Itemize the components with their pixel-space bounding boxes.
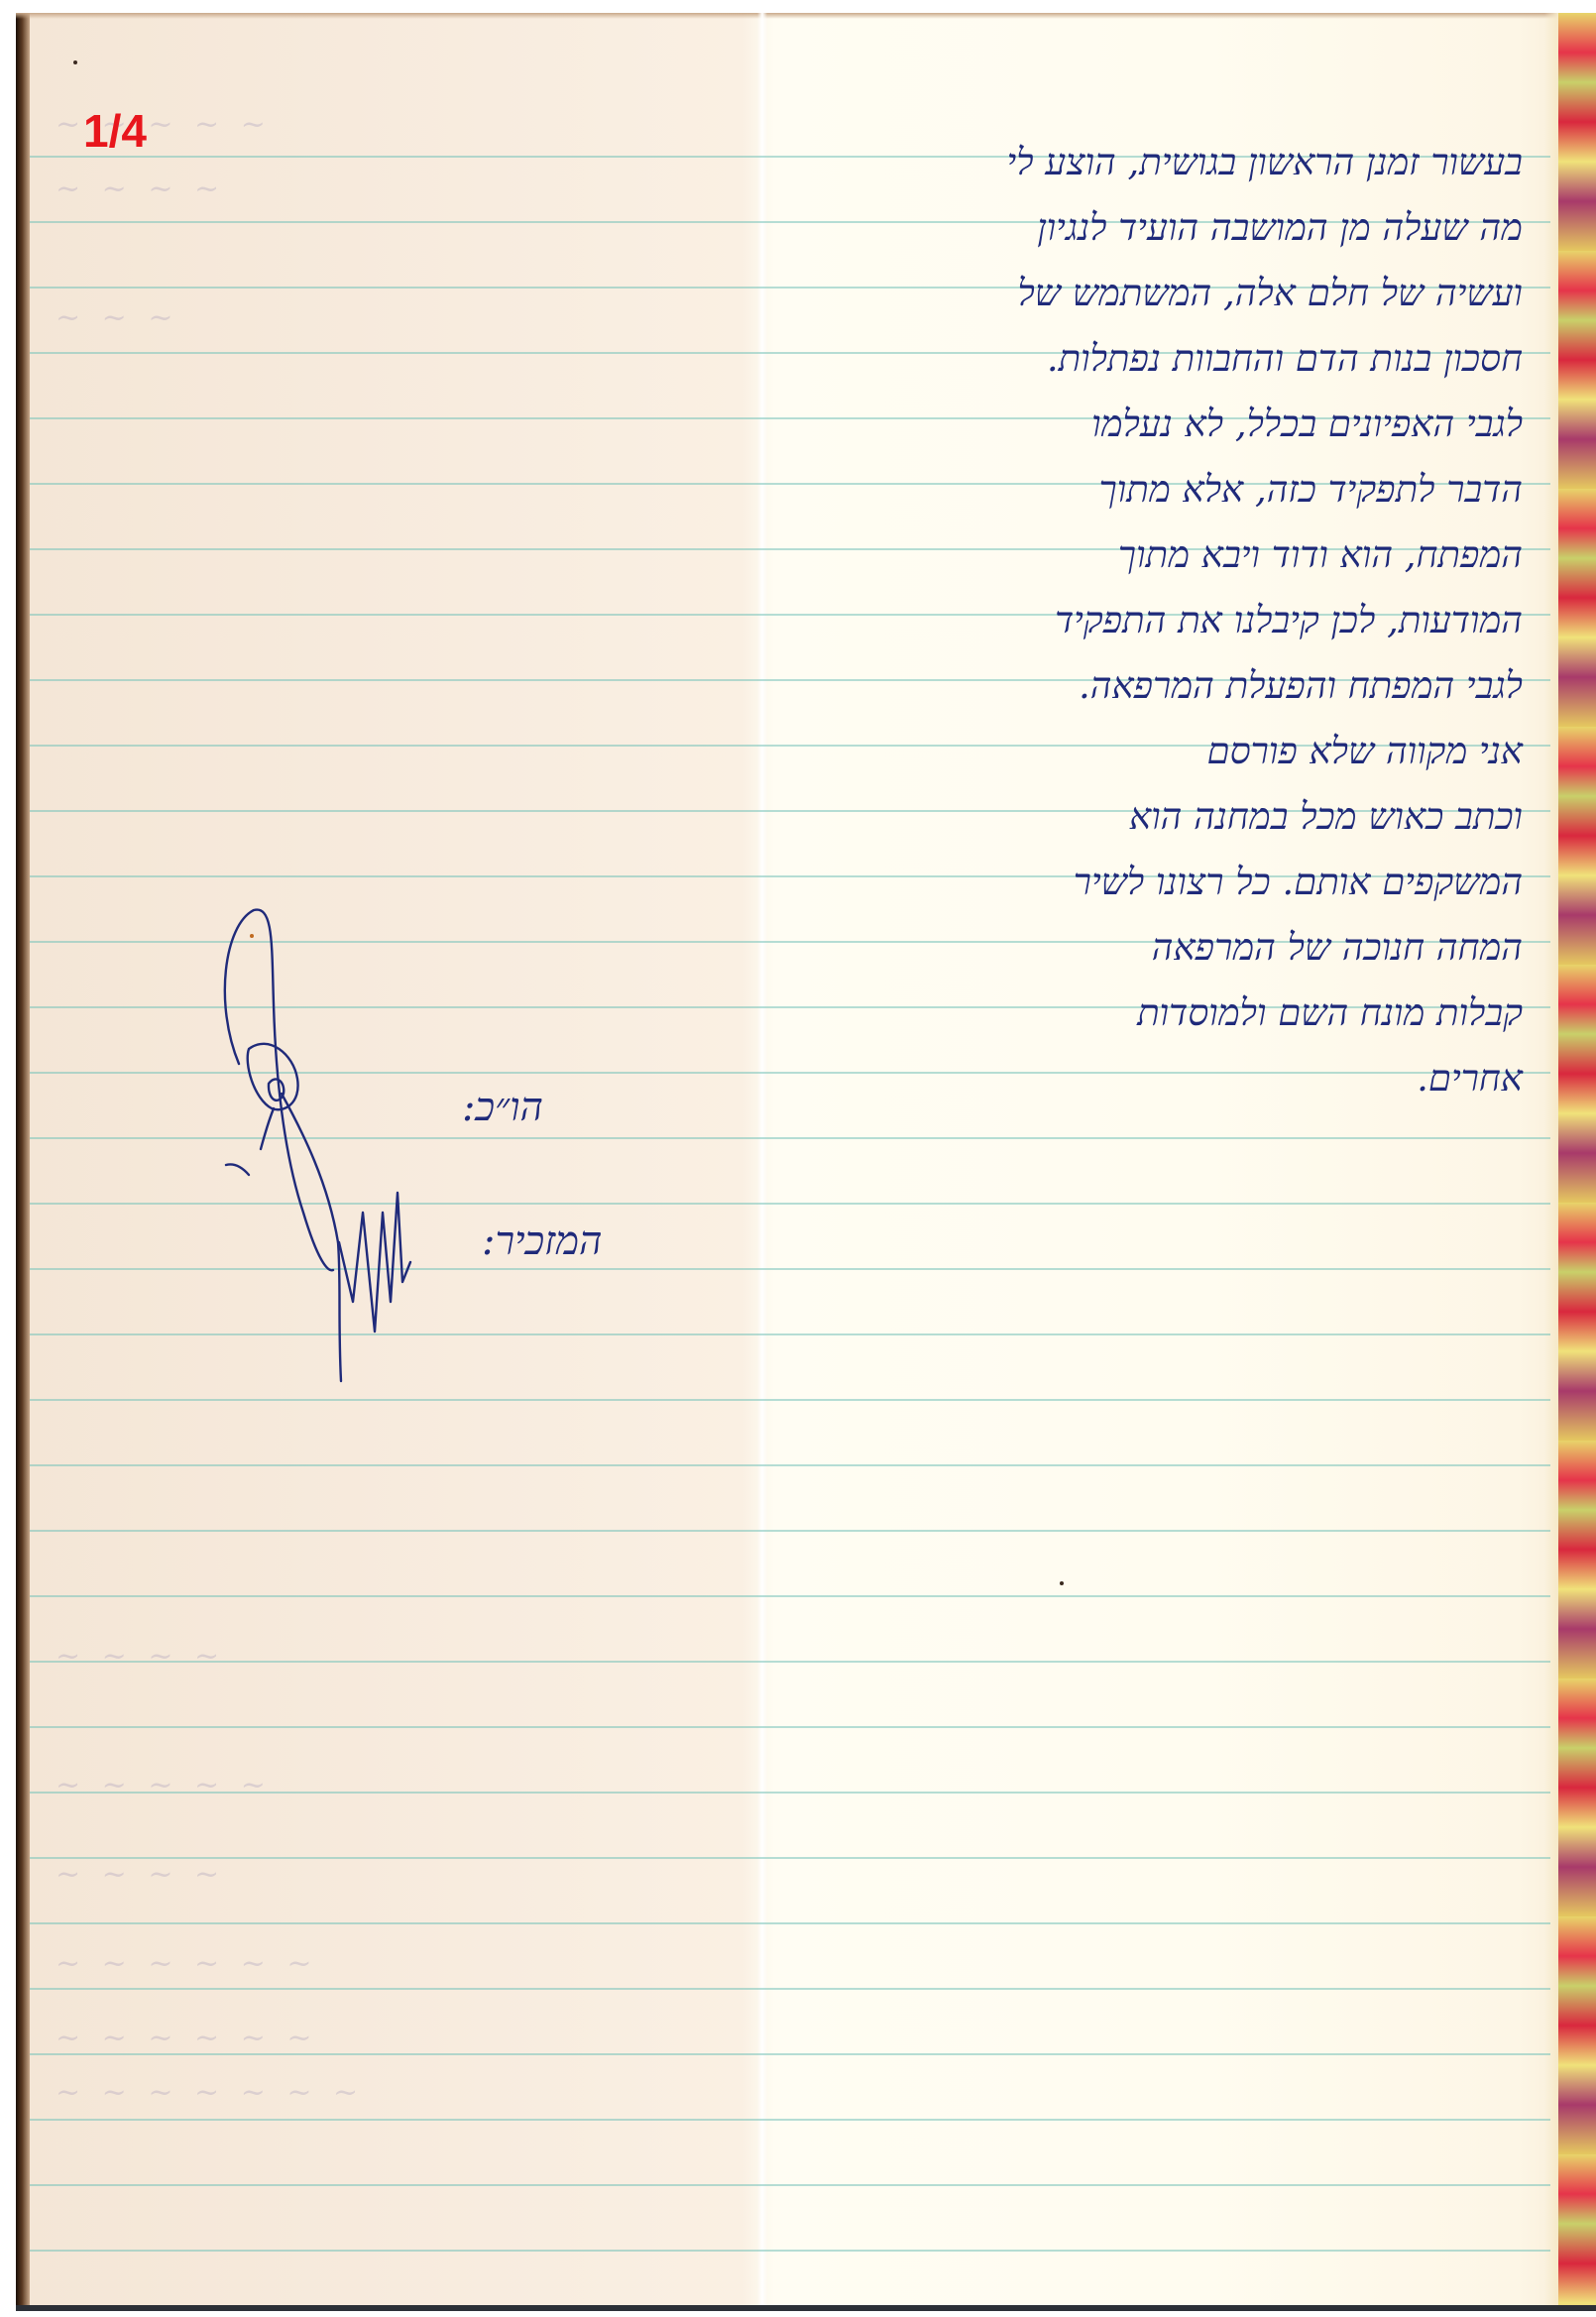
ruled-line <box>30 1726 1550 1728</box>
bleed-through-text: ~ ~ ~ ~ ~ <box>56 107 690 147</box>
ruled-line <box>30 2119 1550 2121</box>
letter-line: קבלות מונח השם ולמוסדות <box>789 981 1523 1046</box>
letter-line: לגבי המפתח והפעלת המרפאה. <box>789 653 1523 719</box>
letter-line: המשקפים אותם. כל רצונו לשיר <box>789 850 1523 915</box>
handwritten-signature <box>194 885 789 1460</box>
letter-line: לגבי האפיונים בכלל, לא נעלמו <box>789 392 1523 457</box>
ruled-line <box>30 1595 1550 1597</box>
ruled-line <box>30 1530 1550 1532</box>
letter-line: המודעות, לכן קיבלנו את התפקיד <box>789 588 1523 653</box>
letter-line: המפתח, הוא ודוד ויבא מתוך <box>789 522 1523 588</box>
letter-line: מה שעלה מן המושבה הועיד לנגיון <box>789 195 1523 261</box>
ruled-line <box>30 1988 1550 1990</box>
ink-speck <box>250 934 254 938</box>
bleed-through-text: ~ ~ ~ <box>56 300 690 340</box>
bleed-through-text: ~ ~ ~ ~ <box>56 1639 690 1679</box>
handwritten-letter-body: בעשור זמנן הראשון בגושית, הוצע לי מה שעל… <box>789 130 1523 1111</box>
bleed-through-text: ~ ~ ~ ~ ~ ~ ~ <box>56 2075 690 2115</box>
ruled-line <box>30 1922 1550 1924</box>
scanned-notebook-page: ~ ~ ~ ~ ~ ~ ~ ~ ~ ~ ~ ~ ~ ~ ~ ~ ~ ~ ~ ~ … <box>16 13 1596 2311</box>
bleed-through-text: ~ ~ ~ ~ <box>56 1857 690 1897</box>
letter-line: וכתב כאוש מכל במחנה הוא <box>789 784 1523 850</box>
bleed-through-text: ~ ~ ~ ~ ~ ~ <box>56 2021 690 2060</box>
page-number-label: 1/4 <box>83 104 147 158</box>
bleed-through-text: ~ ~ ~ ~ ~ ~ <box>56 1946 690 1986</box>
letter-line: הדבר לתפקיד כזה, אלא מתוך <box>789 457 1523 522</box>
page-top-edge <box>16 13 1596 19</box>
letter-line: בעשור זמנן הראשון בגושית, הוצע לי <box>789 130 1523 195</box>
letter-line: חסכון בנות הדם והחבוות נפתלות. <box>789 326 1523 392</box>
letter-line: המחה חנוכה של המרפאה <box>789 915 1523 981</box>
ink-speck <box>1060 1581 1064 1585</box>
letter-line: אחרים. <box>789 1046 1523 1111</box>
letter-line: ועשיה של חלם אלה, המשתמש של <box>789 261 1523 326</box>
colored-binding-edge <box>1558 13 1596 2311</box>
bleed-through-text: ~ ~ ~ ~ <box>56 172 690 211</box>
ruled-line <box>30 1464 1550 1466</box>
ruled-line <box>30 2250 1550 2252</box>
ink-speck <box>73 60 77 64</box>
page-left-edge-shadow <box>16 13 30 2311</box>
ruled-line <box>30 2184 1550 2186</box>
signature-block: הו״כ: המזכיר: <box>194 885 789 1460</box>
bleed-through-text: ~ ~ ~ ~ ~ <box>56 1768 690 1807</box>
page-bottom-edge <box>16 2305 1596 2311</box>
letter-line: אני מקווה שלא פורסם <box>789 719 1523 784</box>
